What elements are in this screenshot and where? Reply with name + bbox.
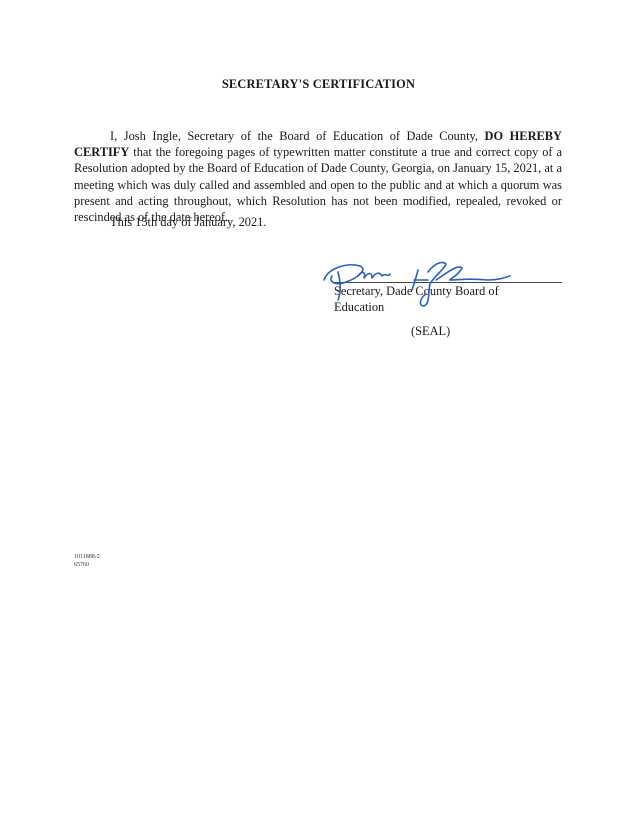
certification-rest: that the foregoing pages of typewritten … (74, 145, 562, 224)
handwritten-signature-icon (318, 250, 518, 310)
document-id-line2: 65760 (74, 562, 100, 570)
certification-paragraph: I, Josh Ingle, Secretary of the Board of… (74, 128, 562, 225)
document-title: SECRETARY'S CERTIFICATION (0, 77, 637, 92)
date-line: This 15th day of January, 2021. (110, 215, 266, 230)
document-id-line1: 1011888-2 (74, 554, 100, 562)
certification-intro: I, Josh Ingle, Secretary of the Board of… (110, 129, 485, 143)
seal-placeholder: (SEAL) (411, 324, 450, 339)
document-id: 1011888-2 65760 (74, 554, 100, 569)
